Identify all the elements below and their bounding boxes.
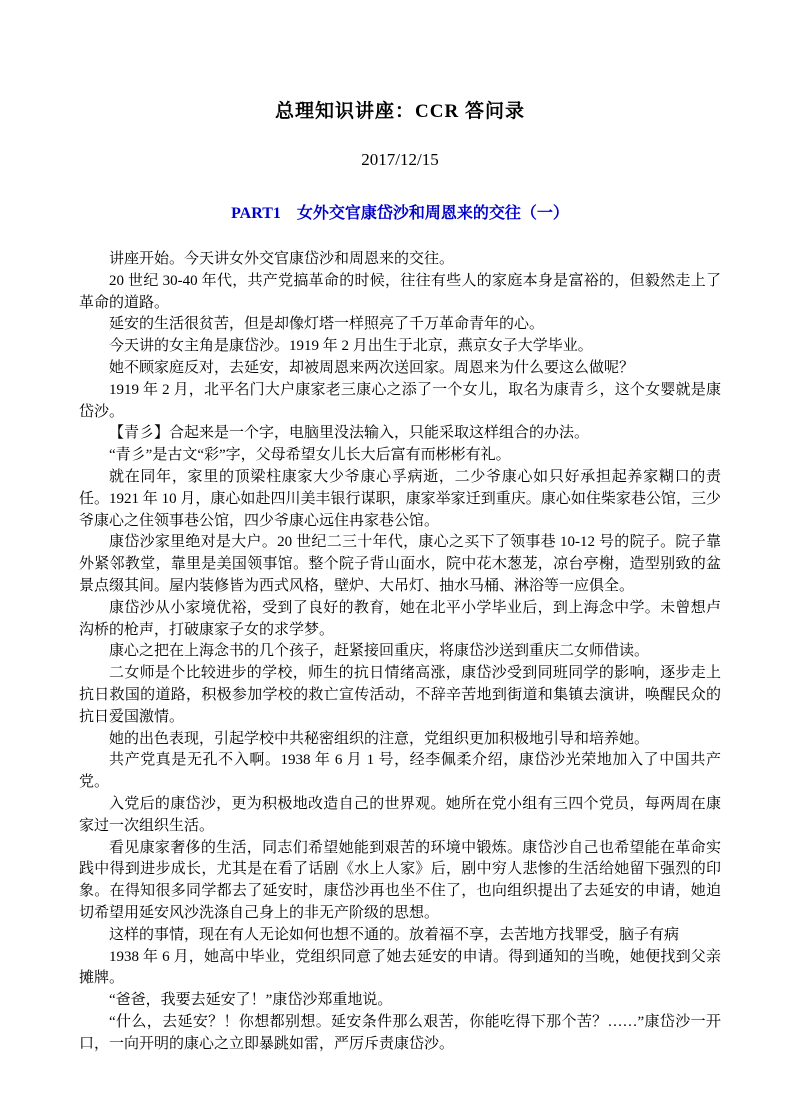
paragraph: 看见康家奢侈的生活，同志们希望她能到艰苦的环境中锻炼。康岱沙自己也希望能在革命实… [79,838,721,925]
paragraph: 康心之把在上海念书的几个孩子，赶紧接回重庆，将康岱沙送到重庆二女师借读。 [79,641,721,663]
paragraph: 这样的事情，现在有人无论如何也想不通的。放着福不享，去苦地方找罪受，脑子有病 [79,925,721,947]
paragraph: “青彡”是古文“彩”字，父母希望女儿长大后富有而彬彬有礼。 [79,445,721,467]
document-page: 总理知识讲座：CCR 答问录 2017/12/15 PART1 女外交官康岱沙和… [0,0,800,1100]
paragraph: 20 世纪 30-40 年代，共产党搞革命的时候，往往有些人的家庭本身是富裕的，… [79,271,721,315]
document-body: 讲座开始。今天讲女外交官康岱沙和周恩来的交往。20 世纪 30-40 年代，共产… [79,249,721,1055]
document-date: 2017/12/15 [0,150,800,170]
paragraph: 二女师是个比较进步的学校，师生的抗日情绪高涨，康岱沙受到同班同学的影响，逐步走上… [79,663,721,728]
paragraph: 她的出色表现，引起学校中共秘密组织的注意，党组织更加积极地引导和培养她。 [79,729,721,751]
paragraph: 【青彡】合起来是一个字，电脑里没法输入，只能采取这样组合的办法。 [79,423,721,445]
paragraph: “什么，去延安？！你想都别想。延安条件那么艰苦，你能吃得下那个苦？……”康岱沙一… [79,1012,721,1056]
paragraph: 1919 年 2 月，北平名门大户康家老三康心之添了一个女儿，取名为康青彡，这个… [79,380,721,424]
paragraph: 共产党真是无孔不入啊。1938 年 6 月 1 号，经李佩柔介绍，康岱沙光荣地加… [79,750,721,794]
paragraph: 她不顾家庭反对，去延安，却被周恩来两次送回家。周恩来为什么要这么做呢？ [79,358,721,380]
paragraph: 康岱沙从小家境优裕，受到了良好的教育，她在北平小学毕业后，到上海念中学。未曾想卢… [79,598,721,642]
section-heading: PART1 女外交官康岱沙和周恩来的交往（一） [0,200,800,223]
paragraph: 康岱沙家里绝对是大户。20 世纪二三十年代，康心之买下了领事巷 10-12 号的… [79,532,721,597]
paragraph: 就在同年，家里的顶梁柱康家大少爷康心孚病逝，二少爷康心如只好承担起养家糊口的责任… [79,467,721,532]
paragraph: 入党后的康岱沙，更为积极地改造自己的世界观。她所在党小组有三四个党员，每两周在康… [79,794,721,838]
document-title: 总理知识讲座：CCR 答问录 [0,96,800,123]
paragraph: 延安的生活很贫苦，但是却像灯塔一样照亮了千万革命青年的心。 [79,314,721,336]
paragraph: 讲座开始。今天讲女外交官康岱沙和周恩来的交往。 [79,249,721,271]
paragraph: 今天讲的女主角是康岱沙。1919 年 2 月出生于北京，燕京女子大学毕业。 [79,336,721,358]
paragraph: “爸爸，我要去延安了！”康岱沙郑重地说。 [79,990,721,1012]
paragraph: 1938 年 6 月，她高中毕业，党组织同意了她去延安的申请。得到通知的当晚，她… [79,947,721,991]
